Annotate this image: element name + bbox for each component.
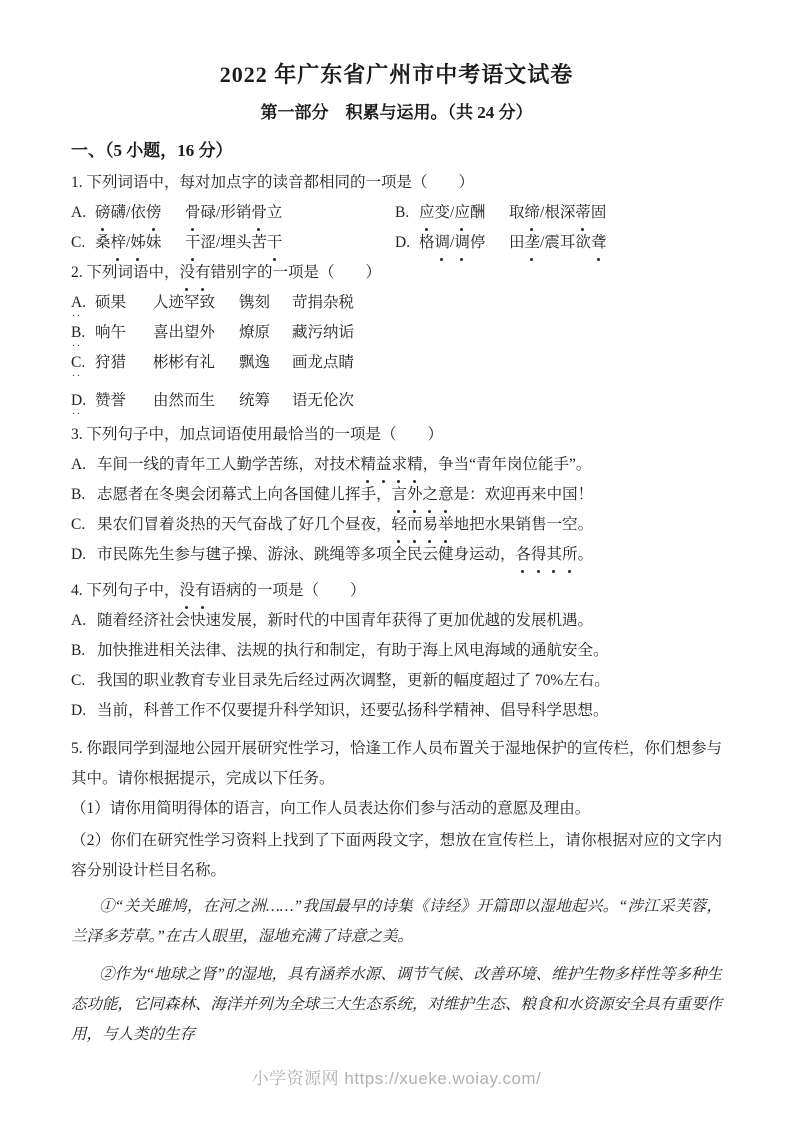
q3-option-d: D.市民陈先生参与毽子操、游泳、跳绳等多项全民云健身运动，各得其所。 <box>71 540 722 570</box>
option-word-pair: 磅礴/依傍 <box>95 198 185 228</box>
q1-option-b: B.应变/应酬取缔/根深蒂固 <box>395 198 722 228</box>
q2-option-d: D.赞誉由然而生统筹语无伦次 <box>71 386 722 416</box>
q4-option-d: D.当前，科普工作不仅要提升科学知识，还要弘扬科学精神、倡导科学思想。 <box>71 696 722 726</box>
option-text: 我国的职业教育专业目录先后经过两次调整，更新的幅度超过了 70%左右。 <box>97 666 722 696</box>
option-letter: A. <box>71 450 97 480</box>
exam-sheet: 2022 年广东省广州市中考语文试卷 第一部分 积累与运用。（共 24 分） 一… <box>0 0 793 1122</box>
option-letter: C. <box>71 348 95 378</box>
option-word: 由然而生 <box>153 386 239 416</box>
q4-option-c: C.我国的职业教育专业目录先后经过两次调整，更新的幅度超过了 70%左右。 <box>71 666 722 696</box>
option-word-pair: 干涩/埋头苦干 <box>185 234 282 251</box>
q5-stem: 5. 你跟同学到湿地公园开展研究性学习，恰逢工作人员布置关于湿地保护的宣传栏，你… <box>71 734 722 794</box>
page-title: 2022 年广东省广州市中考语文试卷 <box>71 60 722 90</box>
option-letter: C. <box>71 228 95 258</box>
q5-task-2: （2）你们在研究性学习资料上找到了下面两段文字，想放在宣传栏上，请你根据对应的文… <box>71 826 722 886</box>
option-word: 喜出望外 <box>153 318 239 348</box>
option-letter: C. <box>71 666 97 696</box>
option-word: 燎原 <box>239 318 292 348</box>
q3-stem: 3. 下列句子中，加点词语使用最恰当的一项是（ ） <box>71 420 722 450</box>
option-text: 市民陈先生参与毽子操、游泳、跳绳等多项全民云健身运动，各得其所。 <box>97 540 722 570</box>
option-letter: A. <box>71 198 95 228</box>
option-word: 飘逸 <box>239 348 292 378</box>
q2-option-b: B.响午喜出望外燎原藏污纳诟 <box>71 318 722 348</box>
option-word: 镌刻 <box>239 288 292 318</box>
q1-option-d: D.格调/调停田垄/震耳欲聋 <box>395 228 722 258</box>
q1-stem: 1. 下列词语中，每对加点字的读音都相同的一项是（ ） <box>71 168 722 198</box>
option-word-pair: 应变/应酬 <box>419 198 509 228</box>
part-header: 一、（5 小题，16 分） <box>71 136 722 166</box>
q2-option-a: A.硕果人迹罕致镌刻苛捐杂税 <box>71 288 722 318</box>
option-word: 硕果 <box>95 288 153 318</box>
option-letter: C. <box>71 510 97 540</box>
option-word: 语无伦次 <box>292 386 354 416</box>
option-letter: A. <box>71 606 97 636</box>
q2-stem: 2. 下列词语中，没有错别字的一项是（ ） <box>71 258 722 288</box>
option-word-pair: 骨碌/形销骨立 <box>185 204 282 221</box>
option-word: 画龙点睛 <box>292 348 354 378</box>
option-letter: B. <box>71 636 97 666</box>
option-text: 志愿者在冬奥会闭幕式上向各国健儿挥手，言外之意是：欢迎再来中国！ <box>97 480 722 510</box>
q1-option-a: A.磅礴/依傍骨碌/形销骨立 <box>71 198 395 228</box>
footer-watermark: 小学资源网 https://xueke.woiay.com/ <box>0 1062 793 1096</box>
q4-option-b: B.加快推进相关法律、法规的执行和制定，有助于海上风电海域的通航安全。 <box>71 636 722 666</box>
option-letter: D. <box>71 540 97 570</box>
q1-option-c: C.桑梓/姊妹干涩/埋头苦干 <box>71 228 395 258</box>
q2-option-c: C.狩猎彬彬有礼飘逸画龙点睛 <box>71 348 722 378</box>
option-text: 随着经济社会快速发展，新时代的中国青年获得了更加优越的发展机遇。 <box>97 606 722 636</box>
q3-option-a: A.车间一线的青年工人勤学苦练，对技术精益求精，争当“青年岗位能手”。 <box>71 450 722 480</box>
option-letter: A. <box>71 288 95 318</box>
q2-options: A.硕果人迹罕致镌刻苛捐杂税 B.响午喜出望外燎原藏污纳诟 C.狩猎彬彬有礼飘逸… <box>71 288 722 416</box>
q3-options: A.车间一线的青年工人勤学苦练，对技术精益求精，争当“青年岗位能手”。 B.志愿… <box>71 450 722 570</box>
option-word: 赞誉 <box>95 386 153 416</box>
q4-stem: 4. 下列句子中，没有语病的一项是（ ） <box>71 576 722 606</box>
q5-material-paragraph-2: ②作为“地球之肾”的湿地，具有涵养水源、调节气候、改善环境、维护生物多样性等多种… <box>71 960 722 1050</box>
q3-option-b: B.志愿者在冬奥会闭幕式上向各国健儿挥手，言外之意是：欢迎再来中国！ <box>71 480 722 510</box>
q5-task-1: （1）请你用简明得体的语言，向工作人员表达你们参与活动的意愿及理由。 <box>71 794 722 824</box>
section-header: 第一部分 积累与运用。（共 24 分） <box>71 98 722 128</box>
q1-options: A.磅礴/依傍骨碌/形销骨立 B.应变/应酬取缔/根深蒂固 C.桑梓/姊妹干涩/… <box>71 198 722 258</box>
option-letter: D. <box>71 386 95 416</box>
option-word-pair: 取缔/根深蒂固 <box>509 204 606 221</box>
option-word: 响午 <box>95 318 153 348</box>
q3-option-c: C.果农们冒着炎热的天气奋战了好几个昼夜，轻而易举地把水果销售一空。 <box>71 510 722 540</box>
option-text: 当前，科普工作不仅要提升科学知识，还要弘扬科学精神、倡导科学思想。 <box>97 696 722 726</box>
q4-option-a: A.随着经济社会快速发展，新时代的中国青年获得了更加优越的发展机遇。 <box>71 606 722 636</box>
option-word-pair: 田垄/震耳欲聋 <box>509 234 606 251</box>
option-word-pair: 格调/调停 <box>419 228 509 258</box>
option-letter: B. <box>395 198 419 228</box>
option-letter: D. <box>71 696 97 726</box>
option-word: 统筹 <box>239 386 292 416</box>
option-letter: B. <box>71 318 95 348</box>
option-word: 狩猎 <box>95 348 153 378</box>
option-word: 彬彬有礼 <box>153 348 239 378</box>
option-text: 加快推进相关法律、法规的执行和制定，有助于海上风电海域的通航安全。 <box>97 636 722 666</box>
option-text: 车间一线的青年工人勤学苦练，对技术精益求精，争当“青年岗位能手”。 <box>97 450 722 480</box>
q4-options: A.随着经济社会快速发展，新时代的中国青年获得了更加优越的发展机遇。 B.加快推… <box>71 606 722 726</box>
option-letter: B. <box>71 480 97 510</box>
option-letter: D. <box>395 228 419 258</box>
option-word: 苛捐杂税 <box>292 288 354 318</box>
option-text: 果农们冒着炎热的天气奋战了好几个昼夜，轻而易举地把水果销售一空。 <box>97 510 722 540</box>
option-word-pair: 桑梓/姊妹 <box>95 228 185 258</box>
option-word: 人迹罕致 <box>153 288 239 318</box>
q5-material-paragraph-1: ①“关关雎鸠，在河之洲……”我国最早的诗集《诗经》开篇即以湿地起兴。“涉江采芙蓉… <box>71 892 722 952</box>
option-word: 藏污纳诟 <box>292 318 354 348</box>
